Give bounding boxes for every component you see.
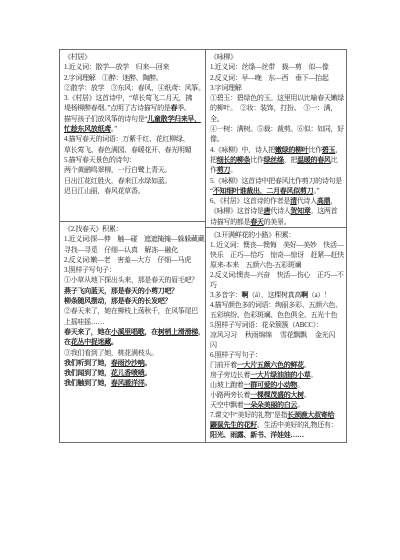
text-segment: 5.描写春天景色的诗句： (64, 156, 136, 164)
text-segment: 比作 (250, 156, 263, 164)
text-line: 1.近义词：散学—放学 归来—回来 (64, 62, 202, 72)
text-segment: ④一树：满树。⑤裁：裁剪。⑥似：如同，好 (210, 125, 344, 133)
text-segment: ，在 (144, 328, 157, 336)
text-line: 阳光、雨露、新书、洋娃娃…… (210, 430, 343, 440)
text-line: 4.《咏柳》中，诗人把嫩绿的柳叶比作碧玉， (210, 145, 343, 155)
text-line: 4.描写颜色多的词语：绚丽多彩、五颜六色、 (210, 300, 343, 310)
text-segment: 长颈鹿大叔寄给 (287, 411, 334, 419)
text-segment: 《2.找春天》积累： (64, 225, 122, 233)
text-segment: 《村居》 (64, 53, 91, 61)
text-segment: 3.照样子写句子： (64, 266, 116, 274)
text-segment: 1. 近义词：懊丧—懊悔 美好—美妙 快活— (210, 241, 343, 249)
text-segment: 比 (331, 156, 338, 164)
text-segment: 。” (111, 125, 117, 133)
text-line: 日出江花红胜火，春来江水绿如蓝。 (64, 176, 202, 186)
text-segment: ③我们看到了她，桃花满枝头。 (64, 349, 158, 357)
text-segment: 温暖的春风 (297, 156, 331, 164)
text-segment: 房子旁边长着 (210, 371, 250, 379)
text-segment: 2.字词理解 ①醉：迷醉、陶醉。 (64, 74, 162, 82)
text-segment: 《咏柳》 (210, 53, 237, 61)
text-segment: ， (198, 328, 205, 336)
text-segment: 阳光、雨露、新书、洋娃娃…… (210, 431, 304, 439)
text-line: 4.描写春天的词语：万紫千红、花红柳绿、 (64, 134, 202, 144)
text-line: 7.课文中“美好的礼物”是指长颈鹿大叔寄给 (210, 410, 343, 420)
text-segment: 不知细叶谁裁出，二月春风似剪刀 (213, 187, 314, 195)
text-segment: 3.多音字： (210, 291, 241, 299)
text-segment: （a）！ (308, 291, 331, 299)
cell-lesson-zhaochuntian: 《2.找春天》积累：1.近义词:探—伸 触—碰 遮遮掩掩—躲躲藏藏寻找—寻觅 仔… (60, 222, 205, 442)
text-line: 春天来了，她在小溪里唱歌，在树梢上滑滑梯， (64, 327, 202, 337)
text-segment: 像。 (210, 135, 223, 143)
text-segment: 诗描写的都是 (210, 218, 250, 226)
cell-lesson-xianhua: 《3.开满鲜花的小路》积累：1. 近义词：懊丧—懊悔 美好—美妙 快活—快乐 正… (206, 228, 346, 442)
text-segment: 1.近义词：散学—放学 归来—回来 (64, 63, 169, 71)
text-line: 巧 (210, 280, 343, 290)
text-line: 《2.找春天》积累： (64, 224, 202, 234)
text-segment: 代诗人 (297, 197, 317, 205)
text-segment: ，把 (284, 156, 297, 164)
text-segment: 门前开着 (210, 361, 237, 369)
text-segment: 清 (290, 197, 297, 205)
text-segment: 花儿香喷喷 (111, 369, 145, 377)
text-segment: 贺知章 (290, 207, 310, 215)
text-line: 1. 近义词：懊丧—懊悔 美好—美妙 快活— (210, 240, 343, 250)
text-segment: 。生活中美好的礼物还有： (257, 421, 337, 429)
text-segment: 在 (64, 338, 71, 346)
text-segment: 代诗人 (270, 207, 290, 215)
text-segment: 5.照样子写词语：花朵簇簇（ABCC）： (210, 321, 323, 329)
text-segment: 寻找—寻觅 仔细—认真 解冻—融化 (64, 246, 178, 254)
text-line: 鼹鼠先生的花籽。生活中美好的礼物还有： (210, 420, 343, 430)
notes-table: 《村居》1.近义词：散学—放学 归来—回来2.字词理解 ①醉：迷醉、陶醉。②散学… (59, 49, 347, 443)
text-segment: 柳条随风摆动，那是春天的长发吧？ (64, 297, 171, 305)
text-segment: 小路两旁长着 (210, 391, 250, 399)
text-segment: 一大片绿油油的小草 (250, 371, 310, 379)
text-segment: 闪 (210, 341, 217, 349)
text-segment: 的美景。 (264, 218, 291, 226)
text-line: 《咏柳》这首诗是唐代诗人贺知章。这两首 (210, 206, 343, 216)
text-segment: 。 (297, 381, 304, 389)
text-segment: 一朵朵美丽的白云 (244, 401, 298, 409)
text-segment: 儿童散学归来早， (147, 115, 201, 123)
text-segment: 春雨沙沙响 (111, 359, 145, 367)
text-segment: 一群可爱的小动物 (244, 381, 298, 389)
text-line: 作剪刀。 (210, 165, 343, 175)
text-segment: 6.照样子写句子： (210, 351, 262, 359)
text-line: 3.照样子写句子： (64, 265, 202, 275)
text-segment: 。 (111, 338, 118, 346)
text-line: 门前开着一大片五颜六色的鲜花。 (210, 360, 343, 370)
text-line: 3.《村居》这首诗中，“草长莺飞二月天，拂 (64, 93, 202, 103)
text-segment: 巧 (210, 281, 217, 289)
text-segment: ， (335, 146, 342, 154)
text-segment: 。 (144, 379, 151, 387)
text-segment: ， (330, 197, 337, 205)
text-line: 2.反义词：早—晚 东—西 垂下—抬起 (210, 73, 343, 83)
text-line: “不知细叶谁裁出，二月春风似剪刀。” (210, 186, 343, 196)
text-segment: 5.《咏柳》这首诗中把春风比作剪刀的诗句是 (210, 177, 342, 185)
text-line: 快乐 正巧—恰巧 惊奇—惊讶 赶紧—赶快 (210, 250, 343, 260)
text-line: 天空中飘着一朵朵美丽的白云。 (210, 400, 343, 410)
text-segment: 。 (304, 361, 311, 369)
text-segment: 《3.开满鲜花的小路》积累： (210, 231, 295, 239)
text-line: 我们听到了她，春雨沙沙响。 (64, 358, 202, 368)
text-segment: 燕子飞向蓝天，那是春天的小剪刀吧？ (64, 287, 178, 295)
text-segment: 两个黄鹂鸣翠柳，一行白鹭上青天。 (64, 166, 171, 174)
text-segment: 高鼎 (317, 197, 330, 205)
text-segment: 花丛中捉迷藏 (71, 338, 111, 346)
text-line: 2.字词理解 ①醉：迷醉、陶醉。 (64, 73, 202, 83)
text-segment: 3.《村居》这首诗中，“草长莺飞二月天，拂 (64, 94, 192, 102)
text-segment: 6、《村居》这首诗的作者是 (210, 197, 290, 205)
text-segment: 一大片五颜六色的鲜花 (237, 361, 304, 369)
text-segment: 4.描写颜色多的词语：绚丽多彩、五颜六色、 (210, 301, 342, 309)
text-segment: 季。 (177, 104, 190, 112)
text-line: 2.反义词:懊丧—兴奋 快活—伤心 正巧—不 (210, 270, 343, 280)
text-segment: 绿丝绦 (264, 156, 284, 164)
text-segment: 春天 (250, 218, 263, 226)
table-column-right: 《咏柳》1.近义词：丝绦—丝带 裁—剪 似—像2.反义词：早—晚 东—西 垂下—… (205, 49, 347, 443)
text-segment: 把 (210, 156, 217, 164)
text-segment: 日出江花红胜火，春来江水绿如蓝。 (64, 177, 171, 185)
text-segment: 2.反义词：早—晚 东—西 垂下—抬起 (210, 74, 329, 82)
text-segment: 春天来了，她在 (64, 328, 111, 336)
text-segment: 2.反义词:嫩—老 害羞—大方 仔细—马虎 (64, 256, 191, 264)
text-segment: 堤杨柳醉春烟。”点明了古诗描写的是 (64, 104, 171, 112)
text-line: 3.多音字：啊（á），这棵树真高啊（a）！ (210, 290, 343, 300)
text-segment: 。 (304, 391, 311, 399)
text-segment: ①碧玉：碧绿色的玉。这里用以比喻春天嫩绿 (210, 94, 344, 102)
text-segment: 原来-本来 五颜六色-五彩斑斓 (210, 261, 301, 269)
text-segment: 4.描写春天的词语：万紫千红、花红柳绿、 (64, 135, 189, 143)
text-segment: （á），这棵树真高 (248, 291, 301, 299)
text-segment: 。 (311, 371, 318, 379)
text-segment: 小溪里唱歌 (111, 328, 145, 336)
text-segment: 碧玉 (322, 146, 335, 154)
text-line: 5.照样子写词语：花朵簇簇（ABCC）： (210, 320, 343, 330)
text-line: 五彩缤纷、色彩斑斓、色色俱全、五光十色 (210, 310, 343, 320)
text-segment: 3.字词理解 (210, 84, 241, 92)
text-line: 《咏柳》 (210, 52, 343, 62)
text-segment: 鼹鼠先生的花籽 (210, 421, 257, 429)
table-column-left: 《村居》1.近义词：散学—放学 归来—回来2.字词理解 ①醉：迷醉、陶醉。②散学… (59, 49, 205, 443)
text-line: 寻找—寻觅 仔细—认真 解冻—融化 (64, 245, 202, 255)
text-line: 2.反义词:嫩—老 害羞—大方 仔细—马虎 (64, 255, 202, 265)
text-line: ③我们看到了她，桃花满枝头。 (64, 348, 202, 358)
text-segment: 上摇哇摇…… (64, 318, 104, 326)
text-line: 在花丛中捉迷藏。 (64, 337, 202, 347)
text-segment: 作 (210, 166, 217, 174)
text-line: ①碧玉：碧绿色的玉。这里用以比喻春天嫩绿 (210, 93, 343, 103)
text-line: 我们闻到了她，花儿香喷喷。 (64, 368, 202, 378)
text-line: 闪 (210, 340, 343, 350)
text-segment: 树梢上滑滑梯 (158, 328, 198, 336)
text-segment: 1.近义词：丝绦—丝带 裁—剪 似—像 (210, 63, 329, 71)
text-line: 把细长的柳条比作绿丝绦，把温暖的春风比 (210, 155, 343, 165)
text-segment: 。 (297, 401, 304, 409)
document-page: 《村居》1.近义词：散学—放学 归来—回来2.字词理解 ①醉：迷醉、陶醉。②散学… (0, 0, 400, 560)
text-line: 忙趁东风放纸鸢。” (64, 124, 202, 134)
text-segment: 描写孩子们放风筝的诗句是“ (64, 115, 147, 123)
text-line: 描写孩子们放风筝的诗句是“儿童散学归来早， (64, 114, 202, 124)
text-segment: 忙趁东风放纸鸢 (64, 125, 111, 133)
text-line: 两个黄鹂鸣翠柳，一行白鹭上青天。 (64, 165, 202, 175)
text-segment: 4.《咏柳》中，诗人把 (210, 146, 275, 154)
text-segment: 天空中飘着 (210, 401, 244, 409)
text-segment: 快乐 正巧—恰巧 惊奇—惊讶 赶紧—赶快 (210, 251, 344, 259)
text-line: 迟日江山丽，春风花草香。 (64, 186, 202, 196)
text-line: 燕子飞向蓝天，那是春天的小剪刀吧？ (64, 286, 202, 296)
text-line: 《村居》 (64, 52, 202, 62)
text-line: 的柳叶。 ②妆：装饰，打扮。 ③一：满， (210, 103, 343, 113)
text-segment: 2.反义词:懊丧—兴奋 快活—伤心 正巧—不 (210, 271, 344, 279)
text-segment: 我们闻到了她， (64, 369, 111, 377)
text-segment: 的柳叶。 ②妆：装饰，打扮。 ③一：满， (210, 104, 337, 112)
text-segment: 。 (144, 359, 151, 367)
text-segment: 草长莺飞、春色满园、春暖花开、春光明媚 (64, 146, 191, 154)
text-segment: 。这两首 (311, 207, 338, 215)
text-line: ②散学：放学 ③东风：春风，④纸鸢：风筝。 (64, 83, 202, 93)
text-line: 1.近义词：丝绦—丝带 裁—剪 似—像 (210, 62, 343, 72)
text-line: 5.描写春天景色的诗句： (64, 155, 202, 165)
text-line: 6.照样子写句子： (210, 350, 343, 360)
text-line: 全。 (210, 114, 343, 124)
text-segment: 7.课文中“美好的礼物”是指 (210, 411, 287, 419)
text-segment: 细长的柳条 (217, 156, 251, 164)
text-line: 《3.开满鲜花的小路》积累： (210, 230, 343, 240)
text-line: 堤杨柳醉春烟。”点明了古诗描写的是春季。 (64, 103, 202, 113)
text-line: 房子旁边长着一大片绿油油的小草。 (210, 370, 343, 380)
text-line: 我们触到了她，春风暖洋洋。 (64, 378, 202, 388)
text-segment: 《咏柳》这首诗是 (210, 207, 264, 215)
text-segment: 我们听到了她， (64, 359, 111, 367)
text-line: 上摇哇摇…… (64, 317, 202, 327)
text-line: ④一树：满树。⑤裁：裁剪。⑥似：如同，好 (210, 124, 343, 134)
text-segment: ②春天来了，她在柳枝上荡秋千，在风筝尾巴 (64, 307, 198, 315)
text-segment: 春风暖洋洋 (111, 379, 145, 387)
text-line: 6、《村居》这首诗的作者是清代诗人高鼎， (210, 196, 343, 206)
text-line: 凉风习习 秋雨绵绵 雪花飘飘 金光闪 (210, 330, 343, 340)
text-segment: 全。 (210, 115, 223, 123)
text-line: ②春天来了，她在柳枝上荡秋千，在风筝尾巴 (64, 306, 202, 316)
text-segment: 比作 (308, 146, 321, 154)
text-segment: 。 (144, 369, 151, 377)
text-line: 柳条随风摆动，那是春天的长发吧？ (64, 296, 202, 306)
text-line: 诗描写的都是春天的美景。 (210, 217, 343, 227)
text-line: 原来-本来 五颜六色-五彩斑斓 (210, 260, 343, 270)
cell-poem-cunju: 《村居》1.近义词：散学—放学 归来—回来2.字词理解 ①醉：迷醉、陶醉。②散学… (60, 50, 205, 222)
text-segment: 。” (313, 187, 319, 195)
text-line: 山坡上跑着一群可爱的小动物。 (210, 380, 343, 390)
text-segment: 啊 (301, 291, 308, 299)
text-segment: 我们触到了她， (64, 379, 111, 387)
text-segment: 凉风习习 秋雨绵绵 雪花飘飘 金光闪 (210, 331, 335, 339)
text-line: ①小草从地下探出头来，那是春天的眉毛吧？ (64, 275, 202, 285)
text-segment: 剪刀 (217, 166, 230, 174)
text-segment: ②散学：放学 ③东风：春风，④纸鸢：风筝。 (64, 84, 205, 92)
text-line: 像。 (210, 134, 343, 144)
text-segment: 。 (230, 166, 237, 174)
text-segment: 1.近义词:探—伸 触—碰 遮遮掩掩—躲躲藏藏 (64, 235, 204, 243)
text-segment: 迟日江山丽，春风花草香。 (64, 187, 144, 195)
text-segment: 山坡上跑着 (210, 381, 244, 389)
text-segment: ①小草从地下探出头来，那是春天的眉毛吧？ (64, 276, 198, 284)
cell-poem-yongliu: 《咏柳》1.近义词：丝绦—丝带 裁—剪 似—像2.反义词：早—晚 东—西 垂下—… (206, 50, 346, 228)
text-line: 5.《咏柳》这首诗中把春风比作剪刀的诗句是 (210, 176, 343, 186)
text-line: 草长莺飞、春色满园、春暖花开、春光明媚 (64, 145, 202, 155)
text-segment: 一棵棵茂盛的大树 (250, 391, 304, 399)
text-segment: 五彩缤纷、色彩斑斓、色色俱全、五光十色 (210, 311, 337, 319)
text-line: 1.近义词:探—伸 触—碰 遮遮掩掩—躲躲藏藏 (64, 234, 202, 244)
text-segment: 嫩绿的柳叶 (275, 146, 309, 154)
text-line: 3.字词理解 (210, 83, 343, 93)
text-line: 小路两旁长着一棵棵茂盛的大树。 (210, 390, 343, 400)
